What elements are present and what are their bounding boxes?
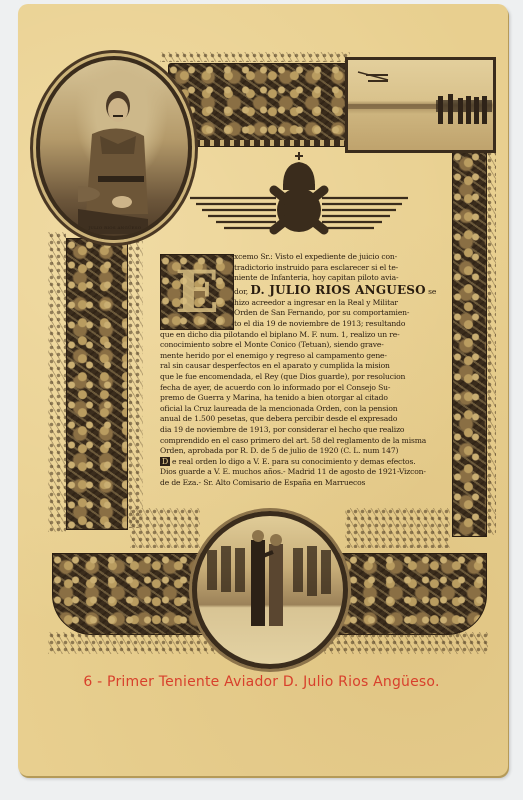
left-inner-filigree — [127, 238, 143, 528]
portrait-oval: JULIO RIOS ANGÜESO — [36, 56, 192, 240]
bottom-right-griffin-panel — [330, 553, 487, 635]
bottom-left-griffin-panel — [52, 553, 204, 635]
biplane-icon — [358, 72, 388, 82]
postcard-caption: 6 - Primer Teniente Aviador D. Julio Rio… — [0, 674, 523, 690]
officer-portrait-figure — [78, 84, 148, 234]
decoration-ceremony-illustration — [197, 516, 343, 664]
ceremony-medallion-image — [192, 511, 348, 669]
royal-order-text: xcemo Sr.: Visto el expediente de juicio… — [160, 252, 446, 488]
bottom-right-foliage — [345, 508, 450, 548]
portrait-plaque: JULIO RIOS ANGÜESO — [80, 225, 150, 230]
signature-line: de de Eza.- Sr. Alto Comisario de España… — [160, 478, 446, 489]
left-filigree — [48, 232, 66, 532]
left-ornamental-border — [66, 238, 128, 530]
aviation-scene-image — [345, 57, 496, 153]
top-scroll-divider — [174, 140, 344, 146]
right-ornamental-border — [452, 150, 487, 537]
aviation-emblem-icon — [188, 152, 410, 244]
right-filigree — [486, 150, 496, 535]
initial-D: D — [160, 457, 170, 466]
top-filigree — [160, 52, 350, 62]
top-ornamental-border — [168, 63, 348, 147]
biplane-and-troops-illustration — [348, 60, 493, 150]
bottom-left-foliage — [130, 508, 200, 548]
aviator-name: D. JULIO RIOS ANGUESO — [250, 284, 426, 297]
